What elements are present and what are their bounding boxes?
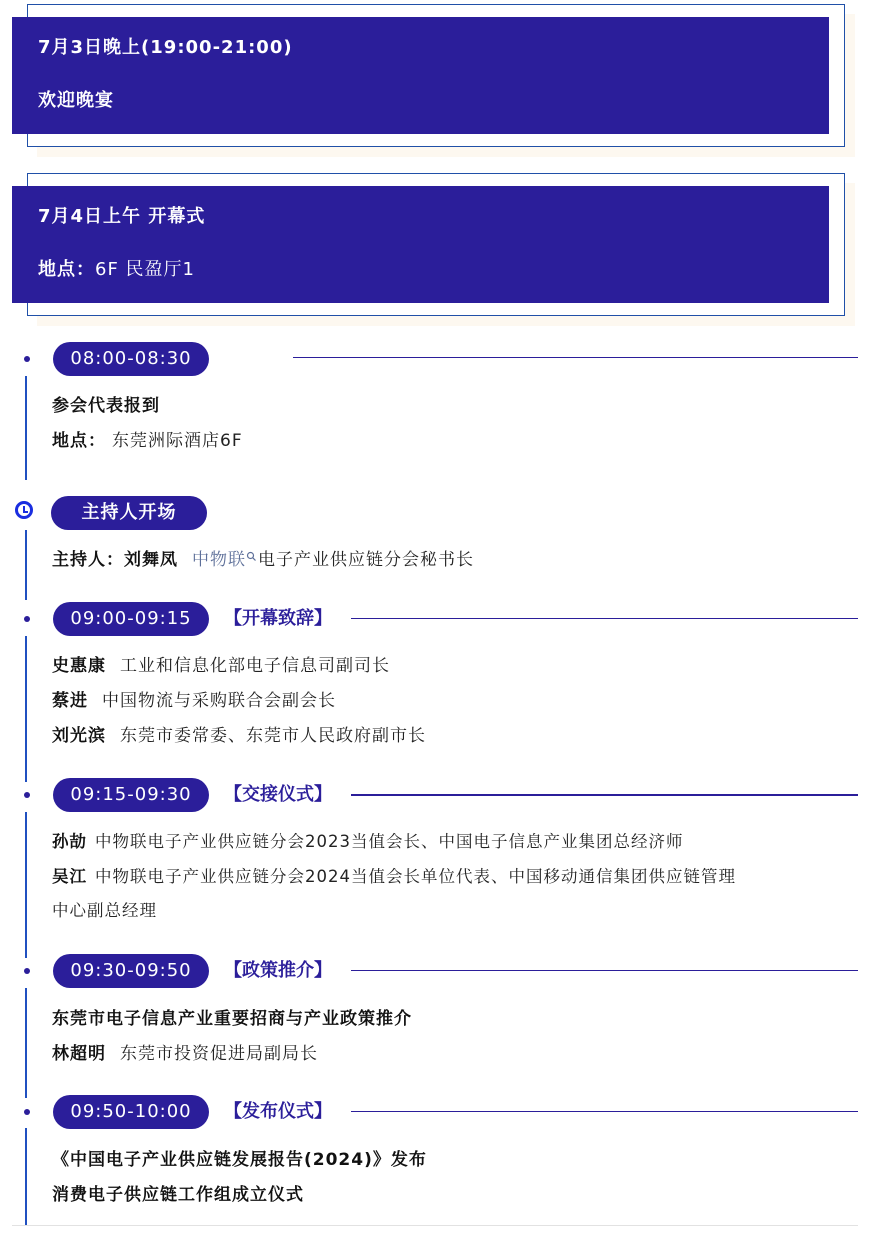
agenda-line: 《中国电子产业供应链发展报告(2024)》发布: [52, 1148, 441, 1172]
timeline-dot: [24, 792, 30, 798]
agenda-line: 吴江中物联电子产业供应链分会2024当值会长单位代表、中国移动通信集团供应链管理: [52, 865, 736, 889]
divider-line: [293, 357, 858, 358]
agenda-line: 林超明东莞市投资促进局副局长: [52, 1042, 318, 1066]
section-label: 【开幕致辞】: [224, 602, 332, 636]
timeline-dot: [24, 968, 30, 974]
line-bold: 林超明: [52, 1044, 106, 1064]
org-link[interactable]: 中物联: [192, 550, 246, 570]
host-line: 主持人：刘舞凤中物联电子产业供应链分会秘书长: [52, 548, 474, 572]
section-label: 【交接仪式】: [224, 778, 332, 812]
time-pill: 09:30-09:50: [53, 954, 209, 988]
line-text: 中物联电子产业供应链分会2023当值会长、中国电子信息产业集团总经济师: [95, 832, 684, 851]
line-bold: 孙劼: [52, 832, 87, 851]
timeline-dot: [24, 356, 30, 362]
divider-line: [351, 618, 858, 619]
line-bold: 吴江: [52, 867, 87, 886]
agenda-line: 东莞市电子信息产业重要招商与产业政策推介: [52, 1007, 426, 1031]
time-pill: 09:15-09:30: [53, 778, 209, 812]
section-label: 【发布仪式】: [224, 1095, 332, 1129]
agenda-line: 参会代表报到: [52, 394, 174, 418]
line-bold: 刘光滨: [52, 726, 106, 746]
time-pill: 09:50-10:00: [53, 1095, 209, 1129]
timeline-line: [25, 988, 27, 1098]
host-title: 电子产业供应链分会秘书长: [258, 550, 474, 570]
time-pill: 09:00-09:15: [53, 602, 209, 636]
timeline-line: [25, 530, 27, 600]
location-value: 6F 民盈厅1: [95, 259, 195, 280]
time-pill: 08:00-08:30: [53, 342, 209, 376]
session-band: 7月3日晚上(19:00-21:00) 欢迎晚宴: [12, 17, 829, 134]
session-title: 7月3日晚上(19:00-21:00): [38, 36, 829, 60]
session-card-welcome-dinner: 7月3日晚上(19:00-21:00) 欢迎晚宴: [27, 4, 845, 147]
agenda-line-continued: 中心副总经理: [52, 899, 157, 923]
divider-line: [351, 1111, 858, 1112]
line-bold: 地点：: [52, 431, 106, 451]
agenda-line: 消费电子供应链工作组成立仪式: [52, 1183, 318, 1207]
agenda-line: 刘光滨东莞市委常委、东莞市人民政府副市长: [52, 724, 426, 748]
line-text: 中国物流与采购联合会副会长: [102, 691, 336, 711]
line-text: 东莞洲际酒店6F: [112, 431, 243, 451]
line-bold: 史惠康: [52, 656, 106, 676]
divider-line: [351, 970, 858, 971]
line-text: 中心副总经理: [52, 901, 157, 920]
line-text: 东莞市委常委、东莞市人民政府副市长: [120, 726, 426, 746]
timeline-line: [25, 376, 27, 480]
footer-divider: [12, 1225, 858, 1226]
section-label: 【政策推介】: [224, 954, 332, 988]
timeline-line: [25, 1128, 27, 1225]
timeline-line: [25, 636, 27, 782]
session-location: 地点：6F 民盈厅1: [38, 258, 829, 282]
agenda-line: 蔡进中国物流与采购联合会副会长: [52, 689, 336, 713]
location-label: 地点：: [38, 259, 95, 280]
search-icon[interactable]: [246, 546, 258, 558]
agenda-line: 史惠康工业和信息化部电子信息司副司长: [52, 654, 390, 678]
line-text: 中物联电子产业供应链分会2024当值会长单位代表、中国移动通信集团供应链管理: [95, 867, 736, 886]
line-bold: 参会代表报到: [52, 396, 160, 416]
timeline-dot: [24, 1109, 30, 1115]
line-text: 东莞市投资促进局副局长: [120, 1044, 318, 1064]
session-card-opening: 7月4日上午 开幕式 地点：6F 民盈厅1: [27, 173, 845, 316]
divider-line: [351, 794, 858, 796]
line-bold: 东莞市电子信息产业重要招商与产业政策推介: [52, 1009, 412, 1029]
timeline-line: [25, 812, 27, 958]
timeline-dot: [24, 616, 30, 622]
agenda-line: 地点：东莞洲际酒店6F: [52, 429, 243, 453]
host-pill: 主持人开场: [51, 496, 207, 530]
agenda-line: 孙劼中物联电子产业供应链分会2023当值会长、中国电子信息产业集团总经济师: [52, 830, 684, 854]
line-bold: 蔡进: [52, 691, 88, 711]
line-text: 工业和信息化部电子信息司副司长: [120, 656, 390, 676]
clock-icon: [15, 501, 33, 519]
line-bold: 消费电子供应链工作组成立仪式: [52, 1185, 304, 1205]
session-title: 7月4日上午 开幕式: [38, 205, 829, 229]
session-band: 7月4日上午 开幕式 地点：6F 民盈厅1: [12, 186, 829, 303]
line-bold: 《中国电子产业供应链发展报告(2024)》发布: [52, 1150, 427, 1170]
session-subtitle: 欢迎晚宴: [38, 89, 829, 113]
host-name: 主持人：刘舞凤: [52, 550, 178, 570]
